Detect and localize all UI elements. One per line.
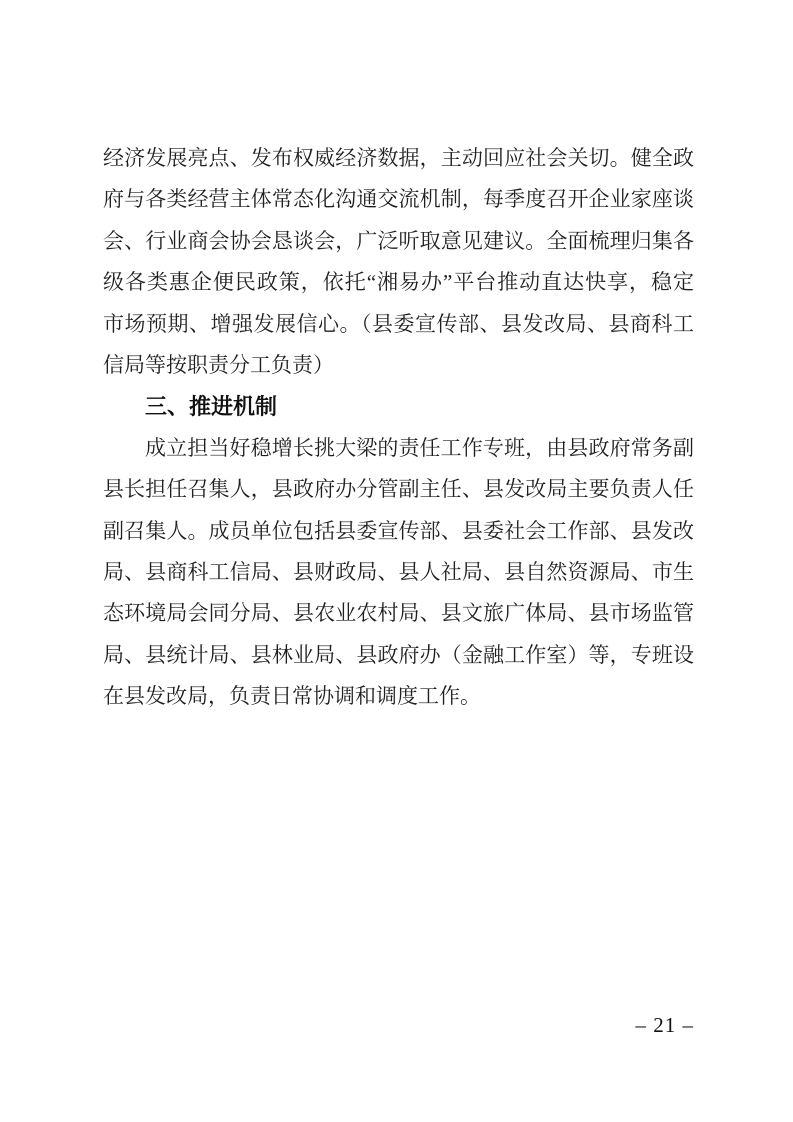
- paragraph-line: 经济发展亮点、发布权威经济数据，主动回应社会关切。健全政: [103, 138, 694, 179]
- page-number: – 21 –: [636, 1013, 695, 1037]
- paragraph-line: 会、行业商会协会恳谈会，广泛听取意见建议。全面梳理归集各: [103, 221, 694, 262]
- paragraph-line: 信局等按职责分工负责）: [103, 345, 694, 386]
- paragraph-line: 县长担任召集人，县政府办分管副主任、县发改局主要负责人任: [103, 469, 694, 510]
- paragraph-line: 副召集人。成员单位包括县委宣传部、县委社会工作部、县发改: [103, 511, 694, 552]
- paragraph-line: 在县发改局，负责日常协调和调度工作。: [103, 676, 694, 717]
- paragraph-line: 府与各类经营主体常态化沟通交流机制，每季度召开企业家座谈: [103, 179, 694, 220]
- paragraph-line: 局、县商科工信局、县财政局、县人社局、县自然资源局、市生: [103, 552, 694, 593]
- paragraph-line: 局、县统计局、县林业局、县政府办（金融工作室）等，专班设: [103, 635, 694, 676]
- text-block: 经济发展亮点、发布权威经济数据，主动回应社会关切。健全政 府与各类经营主体常态化…: [103, 138, 694, 717]
- paragraph-line: 成立担当好稳增长挑大梁的责任工作专班，由县政府常务副: [103, 428, 694, 469]
- paragraph-line: 级各类惠企便民政策，依托“湘易办”平台推动直达快享，稳定: [103, 262, 694, 303]
- paragraph-line: 态环境局会同分局、县农业农村局、县文旅广体局、县市场监管: [103, 593, 694, 634]
- paragraph-line: 市场预期、增强发展信心。（县委宣传部、县发改局、县商科工: [103, 304, 694, 345]
- document-page: 经济发展亮点、发布权威经济数据，主动回应社会关切。健全政 府与各类经营主体常态化…: [0, 0, 793, 1122]
- section-heading: 三、推进机制: [103, 386, 694, 427]
